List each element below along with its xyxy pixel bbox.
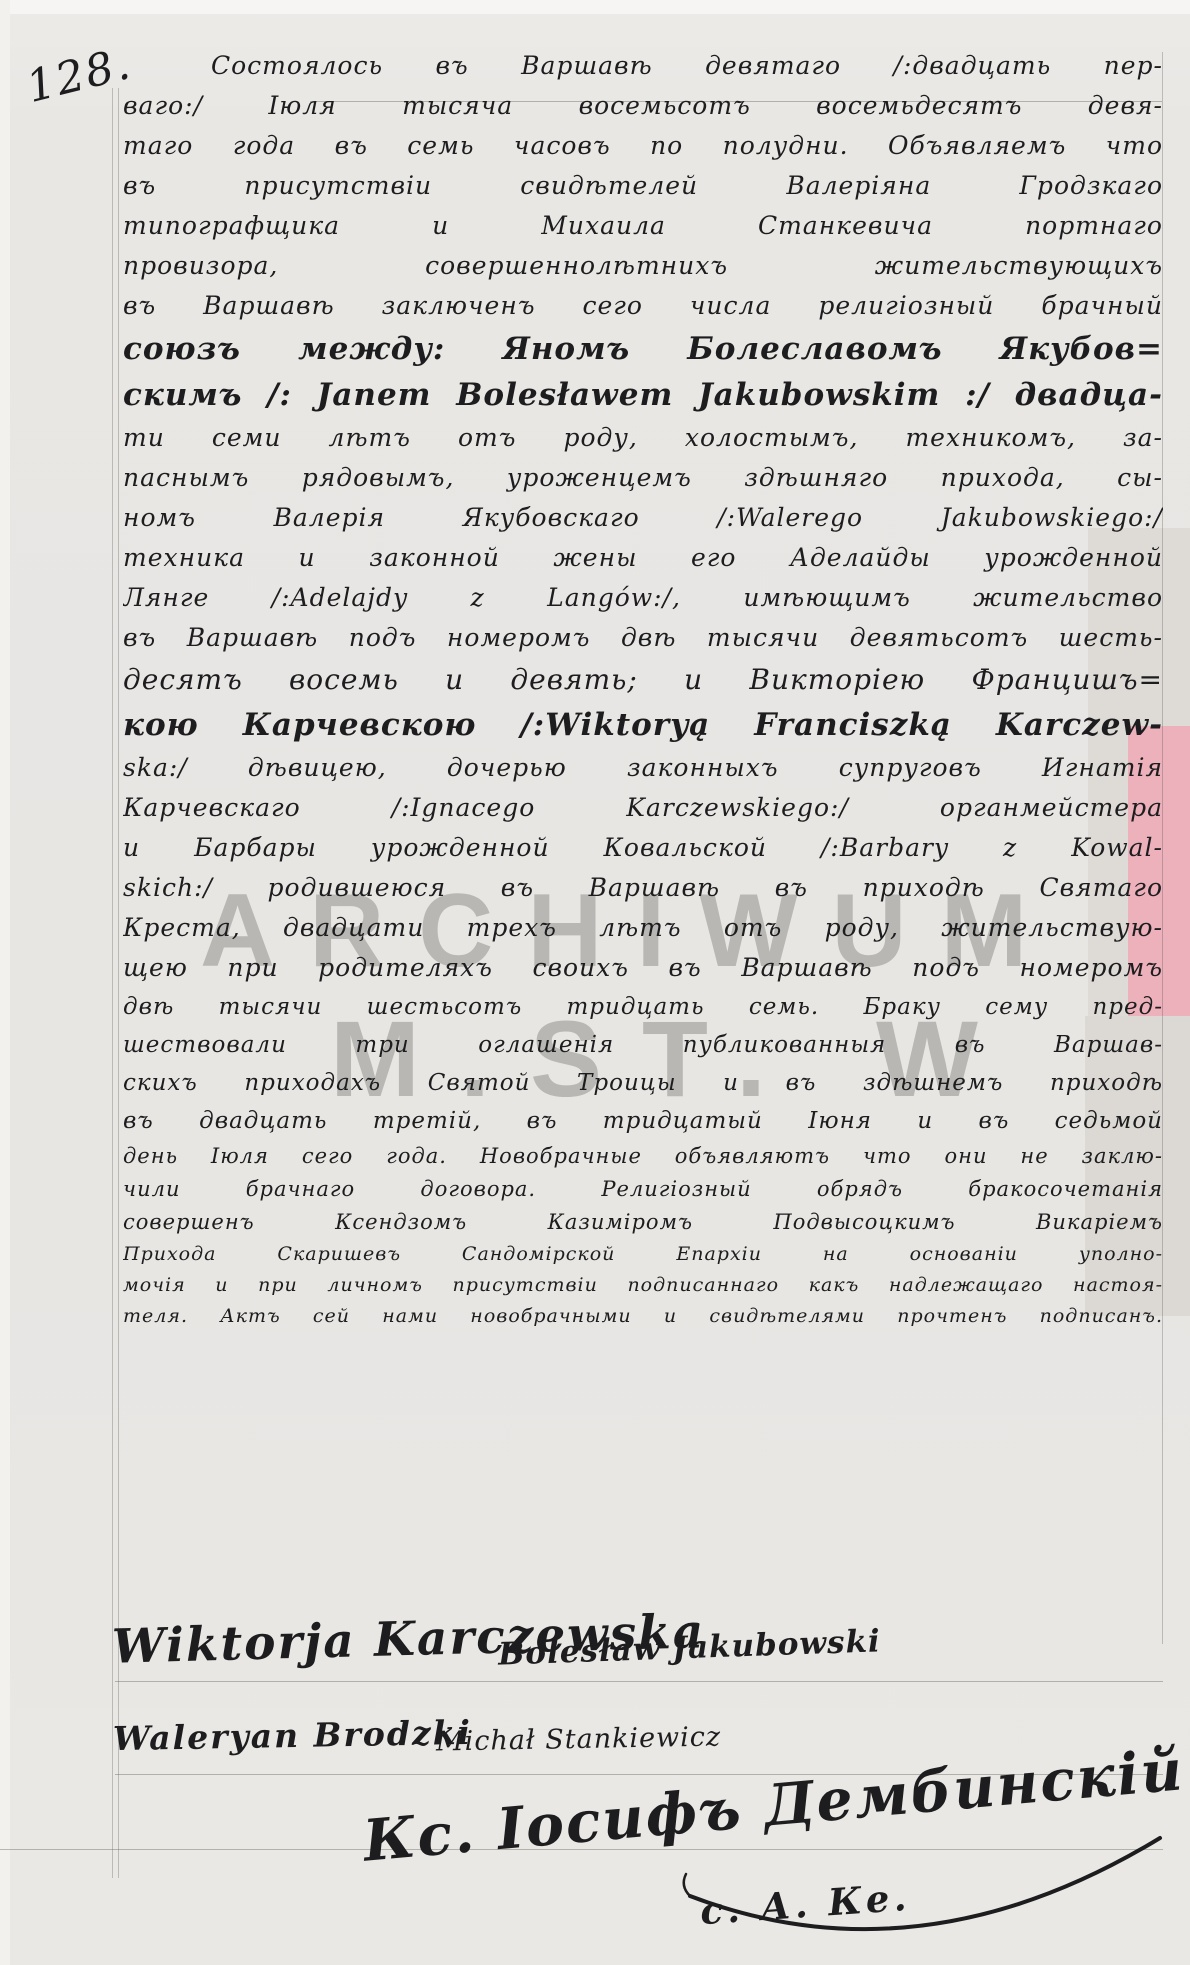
body-line: въ присутствіи свидѣтелей Валеріяна Грод… bbox=[123, 166, 1163, 206]
record-number: 128. bbox=[21, 38, 136, 113]
body-line-bride-name: десятъ восемь и девять; и Викторіею Фран… bbox=[123, 658, 1163, 702]
body-line: въ Варшавѣ подъ номеромъ двѣ тысячи девя… bbox=[123, 618, 1163, 658]
body-line: въ двадцать третій, въ тридцатый Іюня и … bbox=[123, 1102, 1163, 1140]
left-margin-rule bbox=[112, 88, 113, 1878]
body-line: совершенъ Ксендзомъ Казиміромъ Подвысоцк… bbox=[123, 1206, 1163, 1239]
body-line: ska:/ дѣвицею, дочерью законныхъ супруго… bbox=[123, 748, 1163, 788]
scan-left-edge bbox=[0, 0, 10, 1965]
body-line: Состоялось въ Варшавѣ девятаго /:двадцат… bbox=[123, 46, 1163, 86]
scanned-marriage-record-page: ARCHIWUM M.ST. W 128. Состоялось въ Варш… bbox=[0, 0, 1190, 1965]
body-line: въ Варшавѣ заключенъ сего числа религіоз… bbox=[123, 286, 1163, 326]
body-line: типографщика и Михаила Станкевича портна… bbox=[123, 206, 1163, 246]
body-line: техника и законной жены его Аделайды уро… bbox=[123, 538, 1163, 578]
body-line: провизора, совершеннолѣтнихъ жительствую… bbox=[123, 246, 1163, 286]
body-line: Креста, двадцати трехъ лѣтъ отъ роду, жи… bbox=[123, 908, 1163, 948]
signature-witness-2: Michał Stankiewicz bbox=[436, 1722, 722, 1758]
body-line: и Барбары урожденной Ковальской /:Barbar… bbox=[123, 828, 1163, 868]
body-line: паснымъ рядовымъ, уроженцемъ здѣшняго пр… bbox=[123, 458, 1163, 498]
body-line-groom-name-latin: скимъ /: Janem Bolesławem Jakubowskim :/… bbox=[123, 372, 1163, 418]
signature-flourish bbox=[670, 1826, 1180, 1965]
body-line: номъ Валерія Якубовскаго /:Walerego Jaku… bbox=[123, 498, 1163, 538]
body-line: щею при родителяхъ своихъ въ Варшавѣ под… bbox=[123, 948, 1163, 988]
body-line-bride-name-latin: кою Карчевскою /:Wiktoryą Franciszką Kar… bbox=[123, 702, 1163, 748]
body-line: двѣ тысячи шестьсотъ тридцать семь. Брак… bbox=[123, 988, 1163, 1026]
body-line: ти семи лѣтъ отъ роду, холостымъ, техник… bbox=[123, 418, 1163, 458]
body-line-groom-name: союзъ между: Яномъ Болеславомъ Якубов= bbox=[123, 326, 1163, 372]
signature-witness-1: Waleryan Brodzki bbox=[113, 1713, 473, 1758]
body-line: чили брачнаго договора. Религіозный обря… bbox=[123, 1173, 1163, 1206]
body-line: Карчевскаго /:Ignacego Karczewskiego:/ о… bbox=[123, 788, 1163, 828]
body-line: теля. Актъ сей нами новобрачными и свидѣ… bbox=[123, 1301, 1163, 1332]
body-line: скихъ приходахъ Святой Троицы и въ здѣшн… bbox=[123, 1064, 1163, 1102]
signature-rule-1 bbox=[115, 1681, 1163, 1682]
body-line: skich:/ родившеюся въ Варшавѣ въ приходѣ… bbox=[123, 868, 1163, 908]
body-line: Лянге /:Adelajdy z Langów:/, имѣющимъ жи… bbox=[123, 578, 1163, 618]
body-line: мочія и при личномъ присутствіи подписан… bbox=[123, 1270, 1163, 1301]
record-body-text: Состоялось въ Варшавѣ девятаго /:двадцат… bbox=[123, 46, 1163, 1332]
scan-top-edge bbox=[0, 0, 1190, 14]
body-line: день Іюля сего года. Новобрачные объявля… bbox=[123, 1140, 1163, 1173]
body-line: Прихода Скаришевъ Сандомірской Епархіи н… bbox=[123, 1239, 1163, 1270]
body-line: шествовали три оглашенія публикованныя в… bbox=[123, 1026, 1163, 1064]
body-line: таго года въ семь часовъ по полудни. Объ… bbox=[123, 126, 1163, 166]
body-line: ваго:/ Іюля тысяча восемьсотъ восемьдеся… bbox=[123, 86, 1163, 126]
left-margin-rule-inner bbox=[118, 88, 119, 1878]
